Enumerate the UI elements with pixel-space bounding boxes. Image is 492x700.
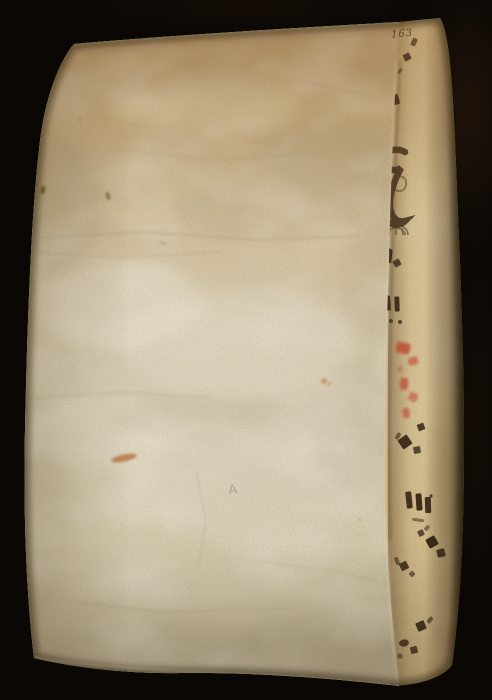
photo-canvas: A 163 bbox=[0, 0, 492, 700]
center-glow bbox=[0, 0, 492, 700]
lighting bbox=[0, 0, 492, 700]
photo-antique-book-cover: A 163 bbox=[0, 0, 492, 700]
book: A 163 bbox=[0, 0, 492, 700]
